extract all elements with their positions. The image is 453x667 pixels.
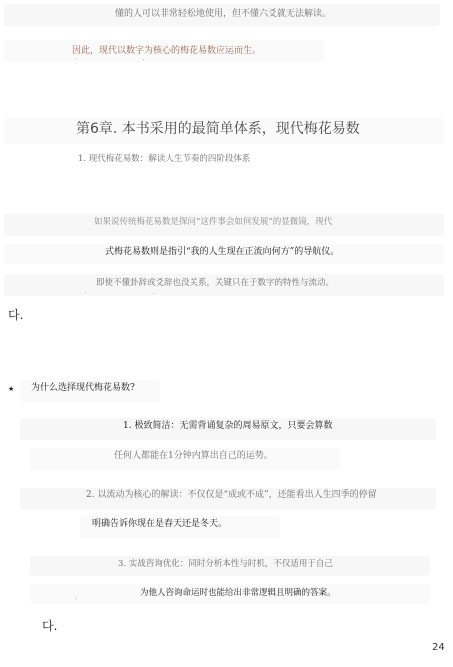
list-item-1-line-1: 1. 极致简洁：无需背诵复杂的周易原文，只要会算数 (123, 422, 332, 431)
scan-speck (85, 292, 86, 293)
intro-line-1: 懂的人可以非常轻松地使用，但不懂六爻就无法解读。 (115, 10, 331, 19)
list-item-3-line-1: 3. 实战咨询优化：同时分析本性与时机，不仅适用于自己 (118, 560, 333, 569)
list-item-2-line-2: 明确告诉你现在是春天还是冬天。 (92, 520, 227, 529)
paragraph-line-3: 即使不懂卦辞或爻辞也没关系，关键只在于数字的特性与流动。 (96, 279, 334, 288)
paragraph-line-2: 式梅花易数则是指引“我的人生现在正流向何方”的导航仪。 (105, 248, 339, 257)
section-heading-1: 1. 现代梅花易数：解读人生节奏的四阶段体系 (78, 155, 250, 164)
scan-speck (76, 58, 77, 59)
list-item-1-line-2: 任何人都能在1分钟内算出自己的运势。 (114, 452, 273, 461)
list-item-3-line-2: 为他人咨询命运时也能给出非常逻辑且明确的答案。 (140, 589, 336, 598)
korean-fragment-2: 다. (42, 620, 57, 632)
bullet-heading: 为什么选择现代梅花易数? (31, 384, 135, 393)
chapter-title: 第6章. 本书采用的最简单体系，现代梅花易数 (76, 122, 360, 136)
page-number: 24 (432, 643, 445, 653)
korean-fragment-1: 다. (8, 309, 23, 321)
scan-speck (76, 598, 77, 599)
bullet-star-icon: ★ (8, 386, 14, 393)
paragraph-line-1: 如果说传统梅花易数是探问“这件事会如何发展”的显微镜，现代 (94, 218, 332, 227)
intro-line-2: 因此，现代以数字为核心的梅花易数应运而生。 (72, 47, 261, 56)
scan-speck (153, 293, 154, 294)
list-item-2-line-1: 2. 以流动为核心的解读：不仅仅是“成或不成”，还能看出人生四季的停留 (86, 491, 377, 500)
scan-speck (143, 59, 144, 60)
